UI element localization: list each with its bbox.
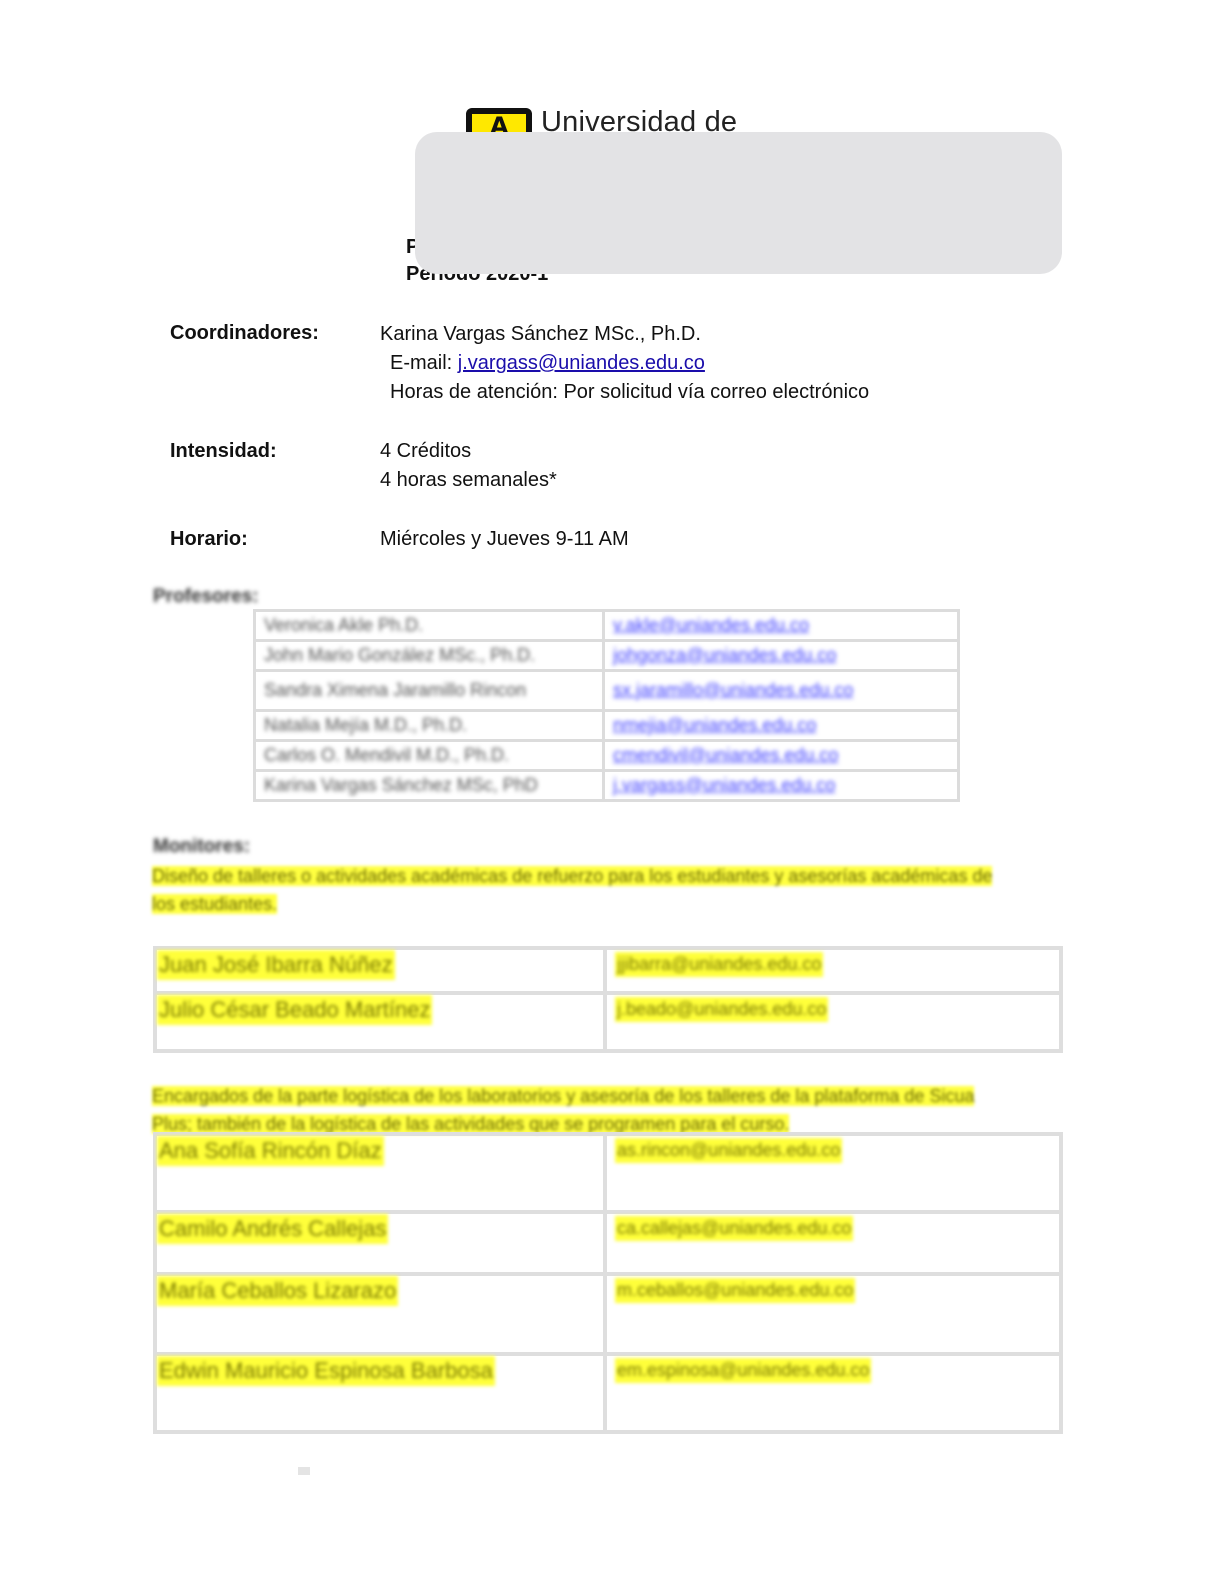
professor-email[interactable]: v.akle@uniandes.edu.co [604,611,959,641]
intensity-label: Intensidad: [170,440,277,463]
monitor-email[interactable]: m.ceballos@uniandes.edu.co [605,1274,1061,1354]
professor-name: Carlos O. Mendivil M.D., Ph.D. [255,741,604,771]
monitor-email[interactable]: j.beado@uniandes.edu.co [605,993,1061,1051]
coordinator-email-line: E-mail: j.vargass@uniandes.edu.co [390,349,705,378]
professors-label: Profesores: [153,586,259,608]
professors-table: Veronica Akle Ph.D.v.akle@uniandes.edu.c… [253,609,960,802]
monitor-name: Juan José Ibarra Núñez [155,948,605,993]
monitor-name: Julio César Beado Martínez [155,993,605,1051]
coordinator-name: Karina Vargas Sánchez MSc., Ph.D. [380,320,701,349]
table-row: Karina Vargas Sánchez MSc, PhDj.vargass@… [255,771,959,801]
table-row: Julio César Beado Martínezj.beado@uniand… [155,993,1061,1051]
professor-email-link[interactable]: johgonza@uniandes.edu.co [613,645,836,665]
table-row: John Mario González MSc., Ph.D.johgonza@… [255,641,959,671]
professor-name: John Mario González MSc., Ph.D. [255,641,604,671]
professor-name: Sandra Ximena Jaramillo Rincon [255,671,604,711]
monitor-name: María Ceballos Lizarazo [155,1274,605,1354]
professor-email[interactable]: j.vargass@uniandes.edu.co [604,771,959,801]
table-row: Juan José Ibarra Núñezjjibarra@uniandes.… [155,948,1061,993]
monitors-group1-description: Diseño de talleres o actividades académi… [152,862,1012,918]
professor-email[interactable]: sx.jaramillo@uniandes.edu.co [604,671,959,711]
monitor-email[interactable]: jjibarra@uniandes.edu.co [605,948,1061,993]
table-row: Carlos O. Mendivil M.D., Ph.D.cmendivil@… [255,741,959,771]
professor-email[interactable]: johgonza@uniandes.edu.co [604,641,959,671]
professor-email[interactable]: nmejia@uniandes.edu.co [604,711,959,741]
coordinators-label: Coordinadores: [170,322,319,345]
email-prefix: E-mail: [390,352,458,374]
professor-email-link[interactable]: j.vargass@uniandes.edu.co [613,775,835,795]
table-row: Sandra Ximena Jaramillo Rinconsx.jaramil… [255,671,959,711]
professor-email-link[interactable]: v.akle@uniandes.edu.co [613,615,809,635]
monitor-email-link[interactable]: m.ceballos@uniandes.edu.co [615,1278,855,1303]
table-row: Edwin Mauricio Espinosa Barbosaem.espino… [155,1354,1061,1432]
monitors-group1-table: Juan José Ibarra Núñezjjibarra@uniandes.… [153,946,1063,1053]
table-row: Camilo Andrés Callejasca.callejas@uniand… [155,1212,1061,1274]
page-mark [298,1467,310,1475]
professor-email-link[interactable]: nmejia@uniandes.edu.co [613,715,816,735]
professor-name: Karina Vargas Sánchez MSc, PhD [255,771,604,801]
monitor-email[interactable]: ca.callejas@uniandes.edu.co [605,1212,1061,1274]
monitor-email-link[interactable]: jjibarra@uniandes.edu.co [615,952,823,977]
table-row: Veronica Akle Ph.D.v.akle@uniandes.edu.c… [255,611,959,641]
monitors-group2-table: Ana Sofía Rincón Díazas.rincon@uniandes.… [153,1132,1063,1434]
monitor-email-link[interactable]: j.beado@uniandes.edu.co [615,997,828,1022]
professor-name: Natalia Mejía M.D., Ph.D. [255,711,604,741]
table-row: María Ceballos Lizarazom.ceballos@uniand… [155,1274,1061,1354]
professor-email[interactable]: cmendivil@uniandes.edu.co [604,741,959,771]
monitor-name: Camilo Andrés Callejas [155,1212,605,1274]
table-row: Ana Sofía Rincón Díazas.rincon@uniandes.… [155,1134,1061,1212]
schedule-label: Horario: [170,528,248,551]
monitor-email-link[interactable]: as.rincon@uniandes.edu.co [615,1138,842,1163]
monitor-email-link[interactable]: em.espinosa@uniandes.edu.co [615,1358,871,1383]
coordinator-email-link[interactable]: j.vargass@uniandes.edu.co [458,352,705,374]
monitor-email-link[interactable]: ca.callejas@uniandes.edu.co [615,1216,853,1241]
professor-name: Veronica Akle Ph.D. [255,611,604,641]
schedule-value: Miércoles y Jueves 9-11 AM [380,525,629,554]
monitors-group2-description: Encargados de la parte logística de los … [152,1082,1012,1138]
table-row: Natalia Mejía M.D., Ph.D.nmejia@uniandes… [255,711,959,741]
monitor-name: Ana Sofía Rincón Díaz [155,1134,605,1212]
monitor-email[interactable]: as.rincon@uniandes.edu.co [605,1134,1061,1212]
weekly-hours: 4 horas semanales* [380,466,557,495]
credits: 4 Créditos [380,437,471,466]
office-hours: Horas de atención: Por solicitud vía cor… [390,378,869,407]
professor-email-link[interactable]: sx.jaramillo@uniandes.edu.co [613,680,853,700]
monitor-name: Edwin Mauricio Espinosa Barbosa [155,1354,605,1432]
monitors-label: Monitores: [153,836,250,858]
monitor-email[interactable]: em.espinosa@uniandes.edu.co [605,1354,1061,1432]
redaction-box [415,132,1062,274]
professor-email-link[interactable]: cmendivil@uniandes.edu.co [613,745,838,765]
